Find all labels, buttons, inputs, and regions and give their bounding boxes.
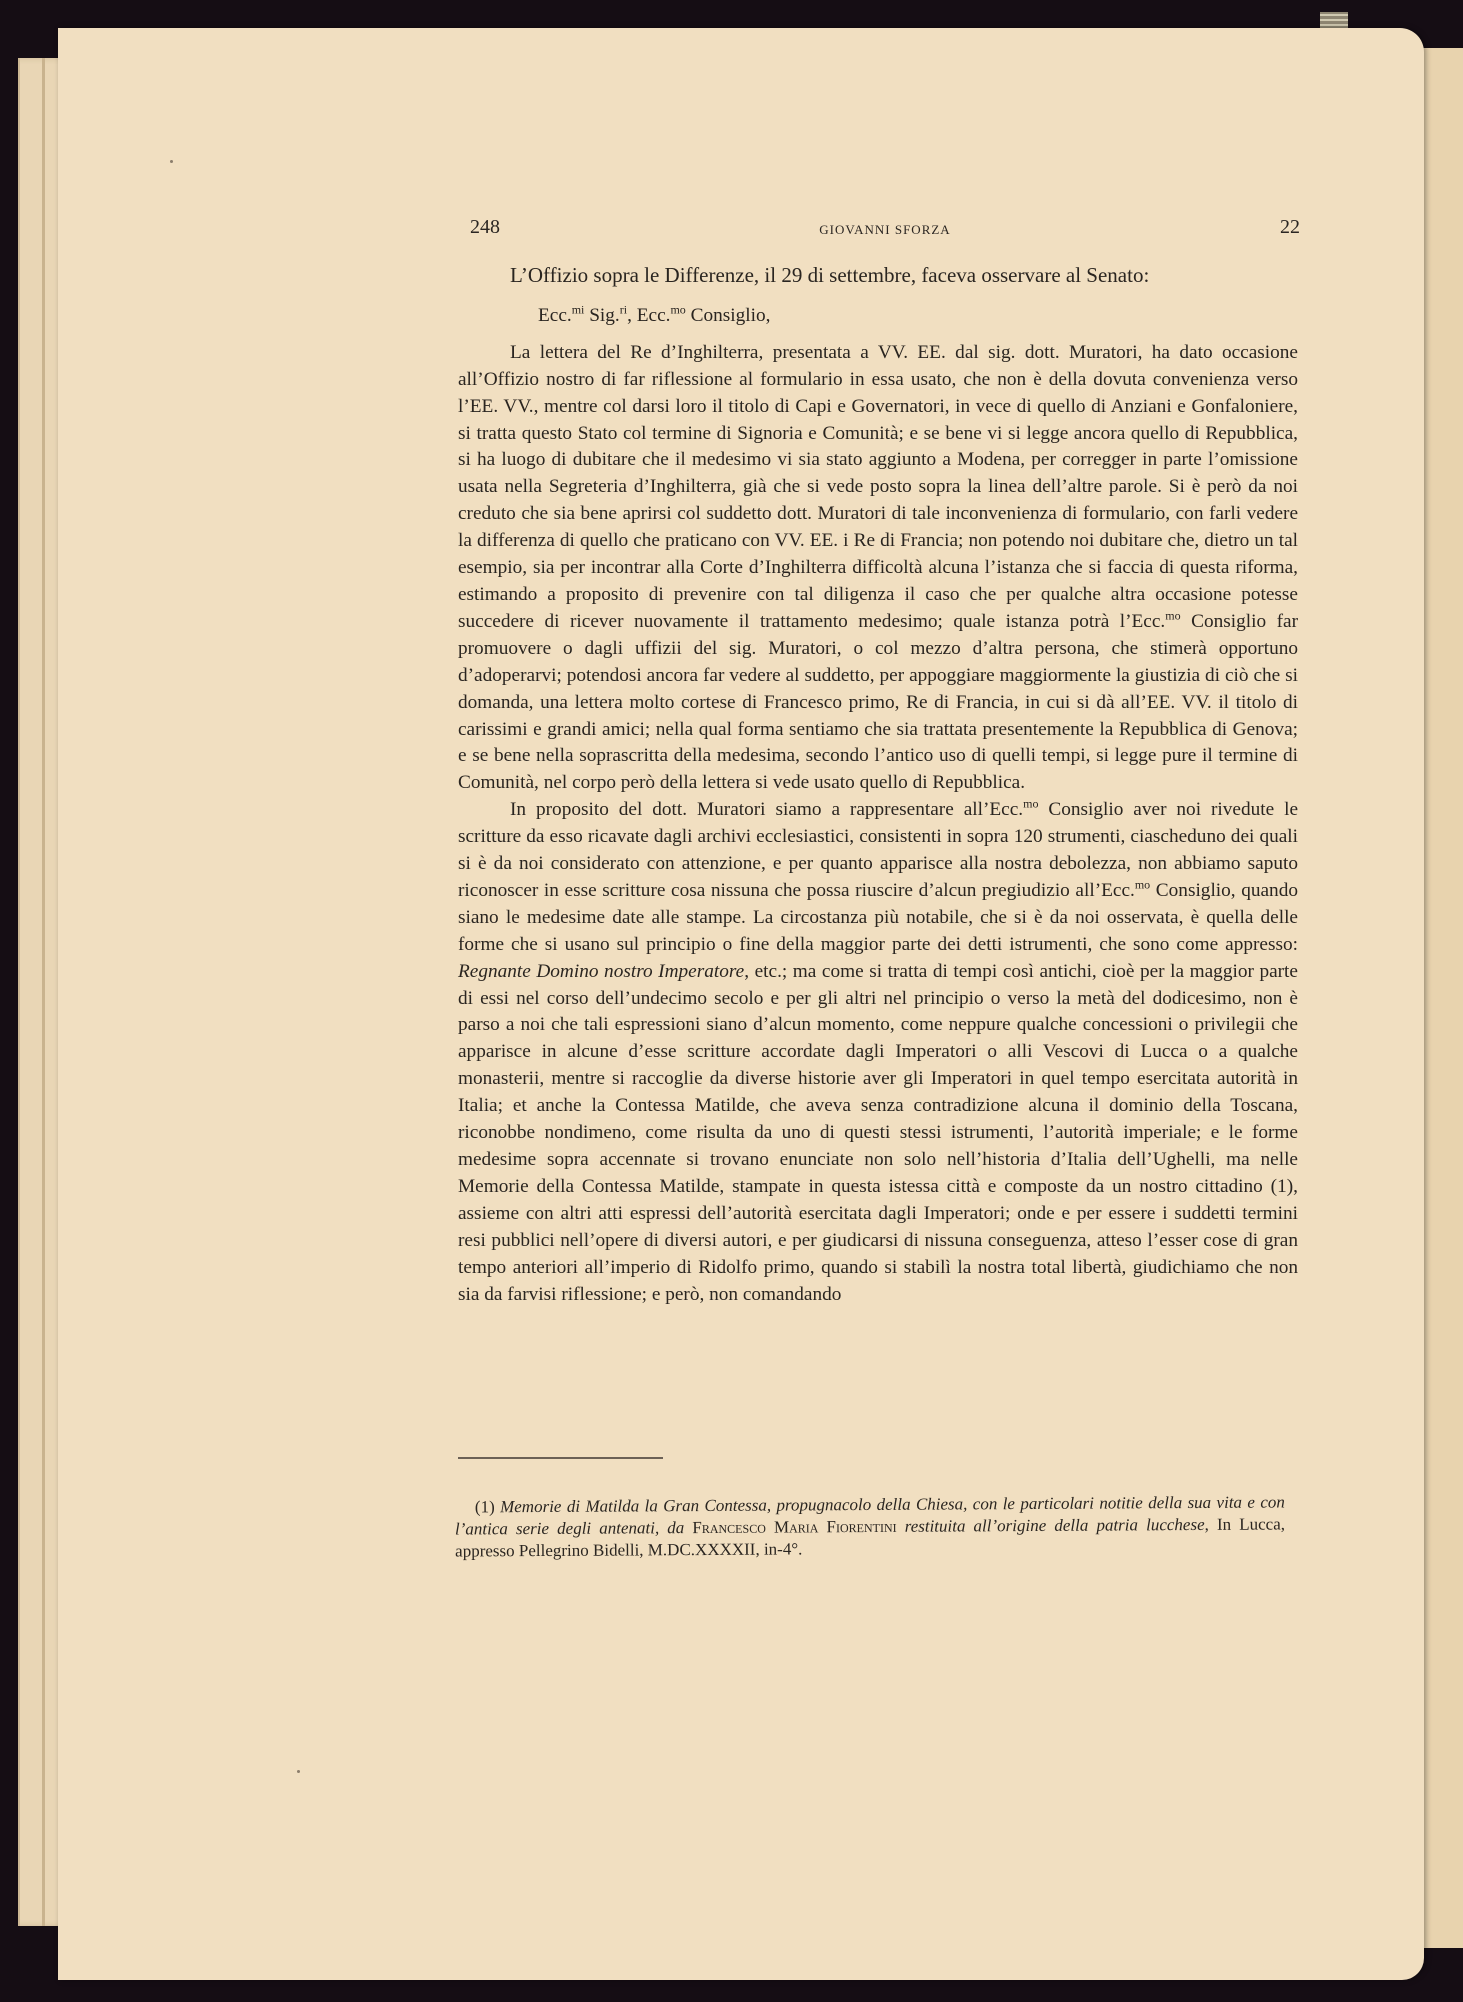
paragraph-2: In proposito del dott. Muratori siamo a …: [458, 797, 1298, 1308]
body-text: L’Offizio sopra le Differenze, il 29 di …: [458, 262, 1298, 1308]
page-fold: [42, 58, 45, 1926]
signature-number: 22: [1280, 216, 1300, 239]
page-header: 248 GIOVANNI SFORZA 22: [470, 216, 1300, 246]
paper-speck: [170, 160, 173, 163]
salutation: Ecc.mi Sig.ri, Ecc.mo Consiglio,: [458, 303, 1298, 330]
paper-speck: [297, 1770, 300, 1773]
footnote: (1) Memorie di Matilda la Gran Contessa,…: [455, 1491, 1285, 1562]
next-page-edge: [1420, 48, 1463, 1948]
footnote-rule: [458, 1457, 663, 1459]
running-title: GIOVANNI SFORZA: [470, 222, 1300, 238]
paragraph-1: La lettera del Re d’Inghilterra, present…: [458, 340, 1298, 797]
intro-line: L’Offizio sopra le Differenze, il 29 di …: [458, 262, 1298, 289]
